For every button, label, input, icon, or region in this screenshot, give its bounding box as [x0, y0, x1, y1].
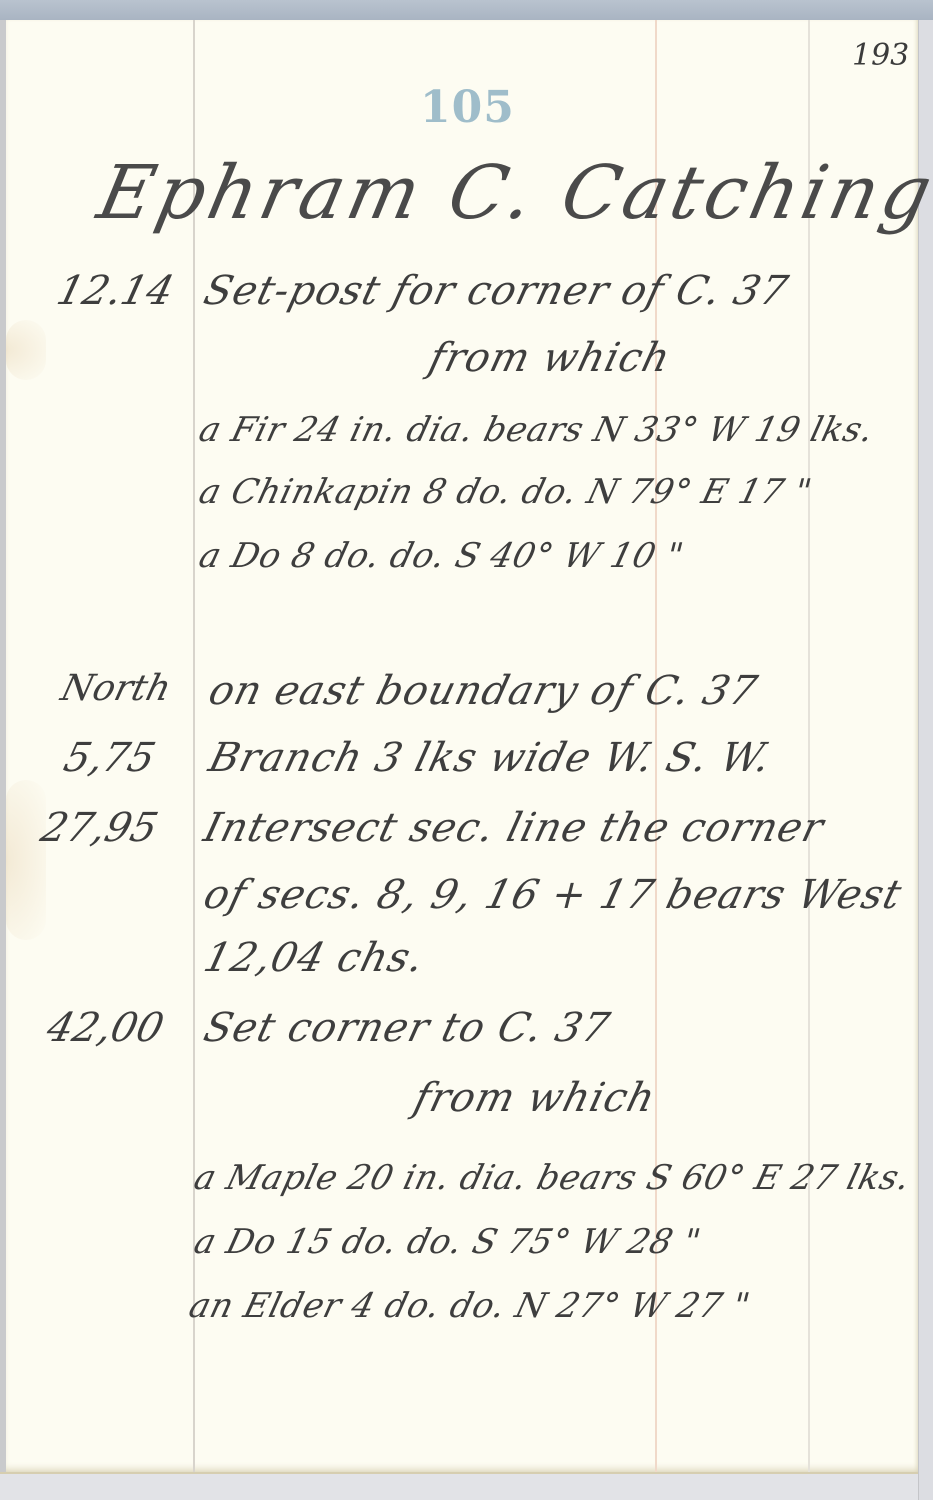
- entry-distance: 12.14: [52, 268, 178, 314]
- witness-tree-line: a Chinkapin 8 do. do. N 79° E 17 ": [195, 472, 816, 512]
- witness-tree-line: a Maple 20 in. dia. bears S 60° E 27 lks…: [190, 1158, 914, 1198]
- witness-tree-line: a Do 15 do. do. S 75° W 28 ": [190, 1222, 705, 1262]
- entry-line: from which: [424, 335, 675, 381]
- paper-stain: [6, 780, 46, 940]
- entry-line: from which: [409, 1075, 660, 1121]
- scanner-bottom-edge: [0, 1472, 918, 1500]
- witness-tree-line: a Do 8 do. do. S 40° W 10 ": [195, 536, 688, 576]
- paper-stain: [6, 320, 46, 380]
- scanner-top-edge: [0, 0, 933, 20]
- entry-line: Set-post for corner of C. 37: [199, 268, 793, 314]
- entry-line: of secs. 8, 9, 16 + 17 bears West: [199, 872, 906, 918]
- right-column-rule: [808, 20, 810, 1472]
- page-title: Ephram C. Catching: [91, 150, 933, 236]
- entry-line: on east boundary of C. 37: [204, 668, 762, 714]
- page-right-edge: [918, 20, 933, 1500]
- handwritten-page-number: 193: [852, 38, 909, 73]
- witness-tree-line: an Elder 4 do. do. N 27° W 27 ": [185, 1286, 754, 1326]
- entry-line: Set corner to C. 37: [199, 1005, 615, 1051]
- witness-tree-line: a Fir 24 in. dia. bears N 33° W 19 lks.: [195, 410, 878, 450]
- entry-line: Branch 3 lks wide W. S. W.: [204, 735, 776, 781]
- stamped-folio-number: 105: [420, 82, 515, 133]
- entry-distance: 27,95: [36, 805, 162, 851]
- entry-line: Intersect sec. line the corner: [199, 805, 828, 851]
- page-left-edge: [0, 20, 6, 1480]
- entry-line: 12,04 chs.: [199, 935, 429, 981]
- entry-distance: 5,75: [59, 735, 160, 781]
- entry-direction: North: [57, 668, 175, 709]
- entry-distance: 42,00: [42, 1005, 168, 1051]
